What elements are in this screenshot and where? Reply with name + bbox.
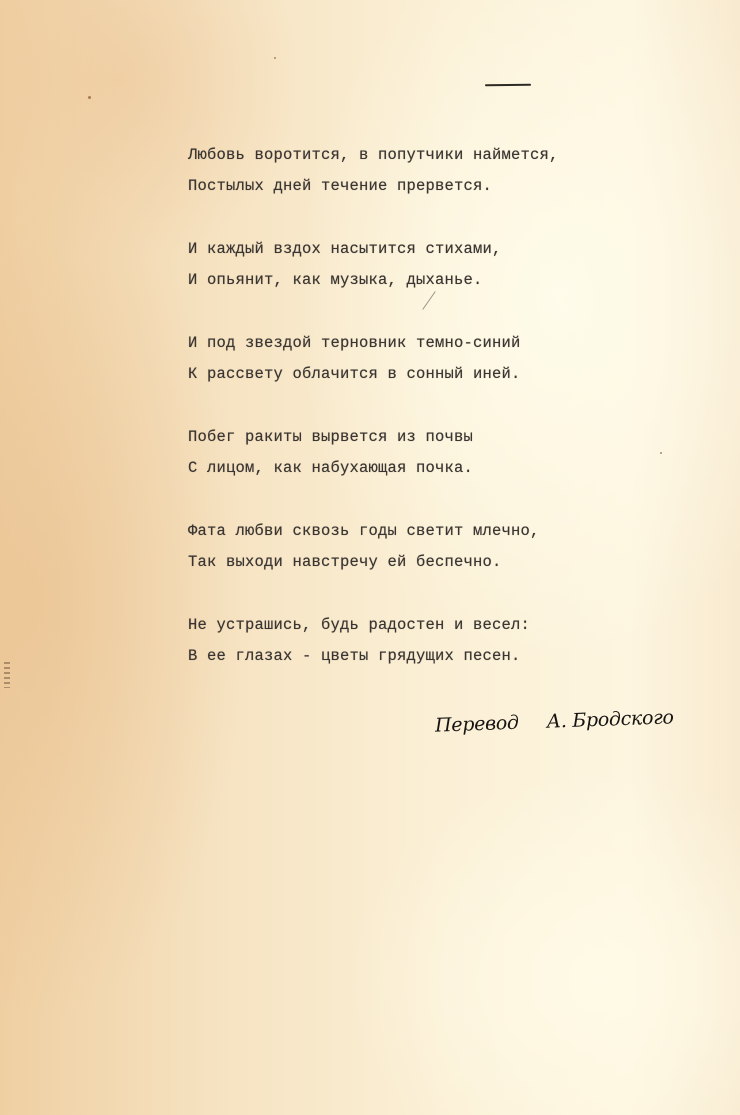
poem-line: Любовь воротится, в попутчики наймется, <box>188 140 559 171</box>
top-dash-mark <box>485 84 531 86</box>
poem-body: Любовь воротится, в попутчики наймется, … <box>188 140 559 704</box>
margin-mark <box>4 662 10 688</box>
stanza-4: Побег ракиты вырвется из почвы С лицом, … <box>188 422 559 484</box>
poem-line: И каждый вздох насытится стихами, <box>188 234 559 265</box>
poem-line: Постылых дней течение прервется. <box>188 171 559 202</box>
poem-line: В ее глазах - цветы грядущих песен. <box>188 641 559 672</box>
paper-speck <box>88 96 91 99</box>
poem-line: С лицом, как набухающая почка. <box>188 453 559 484</box>
stanza-2: И каждый вздох насытится стихами, И опья… <box>188 234 559 296</box>
poem-line: Так выходи навстречу ей беспечно. <box>188 547 559 578</box>
stanza-5: Фата любви сквозь годы светит млечно, Та… <box>188 516 559 578</box>
handwritten-signature: ПереводА. Бродского <box>435 705 702 736</box>
poem-line: Побег ракиты вырвется из почвы <box>188 422 559 453</box>
stanza-3: И под звездой терновник темно-синий К ра… <box>188 328 559 390</box>
poem-line: И под звездой терновник темно-синий <box>188 328 559 359</box>
stanza-1: Любовь воротится, в попутчики наймется, … <box>188 140 559 202</box>
poem-line: К рассвету облачится в сонный иней. <box>188 359 559 390</box>
signature-translation-label: Перевод <box>435 712 519 737</box>
poem-line: Не устрашись, будь радостен и весел: <box>188 610 559 641</box>
paper-speck <box>660 452 662 454</box>
poem-line: Фата любви сквозь годы светит млечно, <box>188 516 559 547</box>
signature-translator-name: А. Бродского <box>546 706 674 732</box>
paper-speck <box>274 57 276 59</box>
poem-line: И опьянит, как музыка, дыханье. <box>188 265 559 296</box>
stanza-6: Не устрашись, будь радостен и весел: В е… <box>188 610 559 672</box>
manuscript-page: Любовь воротится, в попутчики наймется, … <box>0 0 740 1115</box>
